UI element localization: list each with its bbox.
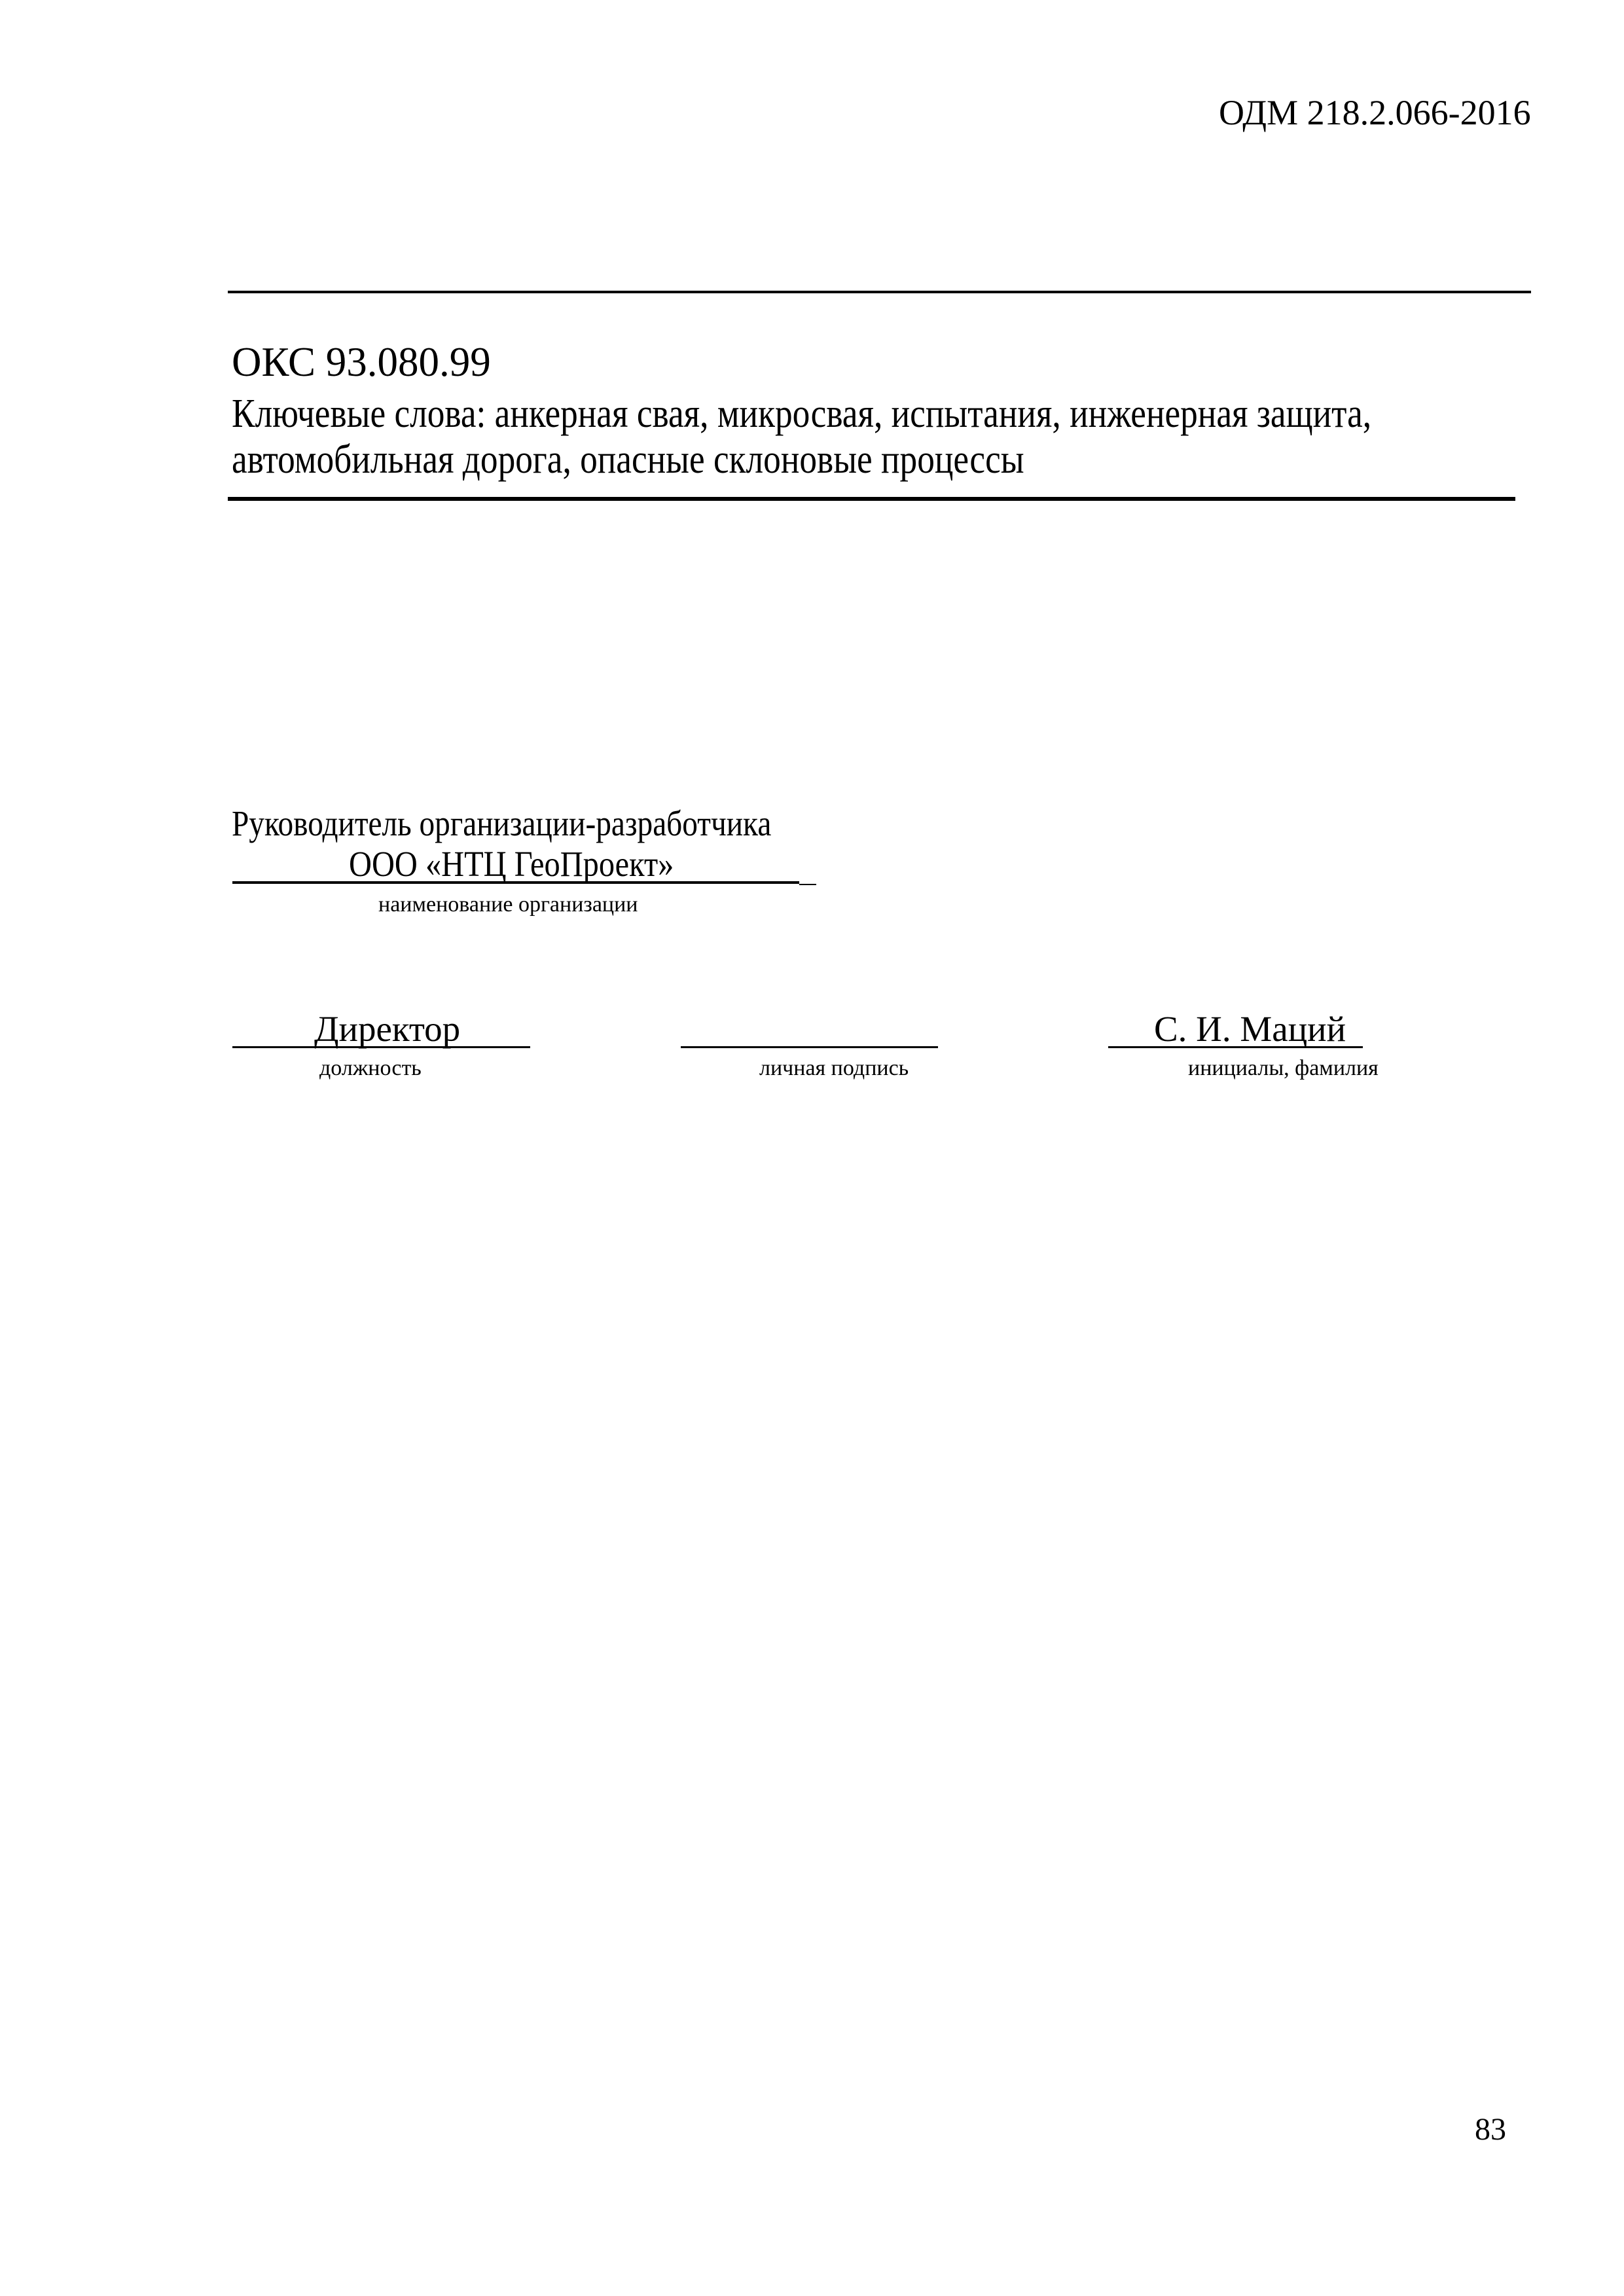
position-field: Директор	[232, 1010, 530, 1051]
name-underline	[1108, 1046, 1363, 1048]
organization-underline-tail	[799, 884, 816, 885]
bottom-divider	[228, 497, 1515, 501]
page-number: 83	[1475, 2111, 1506, 2148]
signature-underline	[681, 1046, 938, 1048]
organization-name: ООО «НТЦ ГеоПроект»	[349, 845, 674, 884]
signature-caption: личная подпись	[759, 1055, 909, 1082]
position-underline	[232, 1046, 530, 1048]
organization-underline	[232, 881, 799, 884]
signature-field	[681, 1010, 938, 1051]
keywords-line: Ключевые слова: анкерная свая, микросвая…	[232, 391, 1335, 437]
position-caption: должность	[319, 1055, 422, 1082]
organization-field: ООО «НТЦ ГеоПроект»	[232, 845, 816, 886]
keywords-line: автомобильная дорога, опасные склоновые …	[232, 437, 1335, 483]
okc-classification: ОКС 93.080.99	[232, 338, 491, 386]
document-code: ОДМ 218.2.066-2016	[1219, 92, 1531, 134]
name-field: С. И. Маций	[1108, 1010, 1363, 1051]
name-value: С. И. Маций	[1154, 1010, 1346, 1049]
organization-caption: наименование организации	[378, 892, 638, 918]
name-caption: инициалы, фамилия	[1188, 1055, 1379, 1082]
top-divider	[228, 291, 1531, 293]
position-value: Директор	[314, 1010, 460, 1049]
developer-heading: Руководитель организации-разработчика	[232, 803, 771, 845]
keywords-block: Ключевые слова: анкерная свая, микросвая…	[232, 391, 1515, 483]
